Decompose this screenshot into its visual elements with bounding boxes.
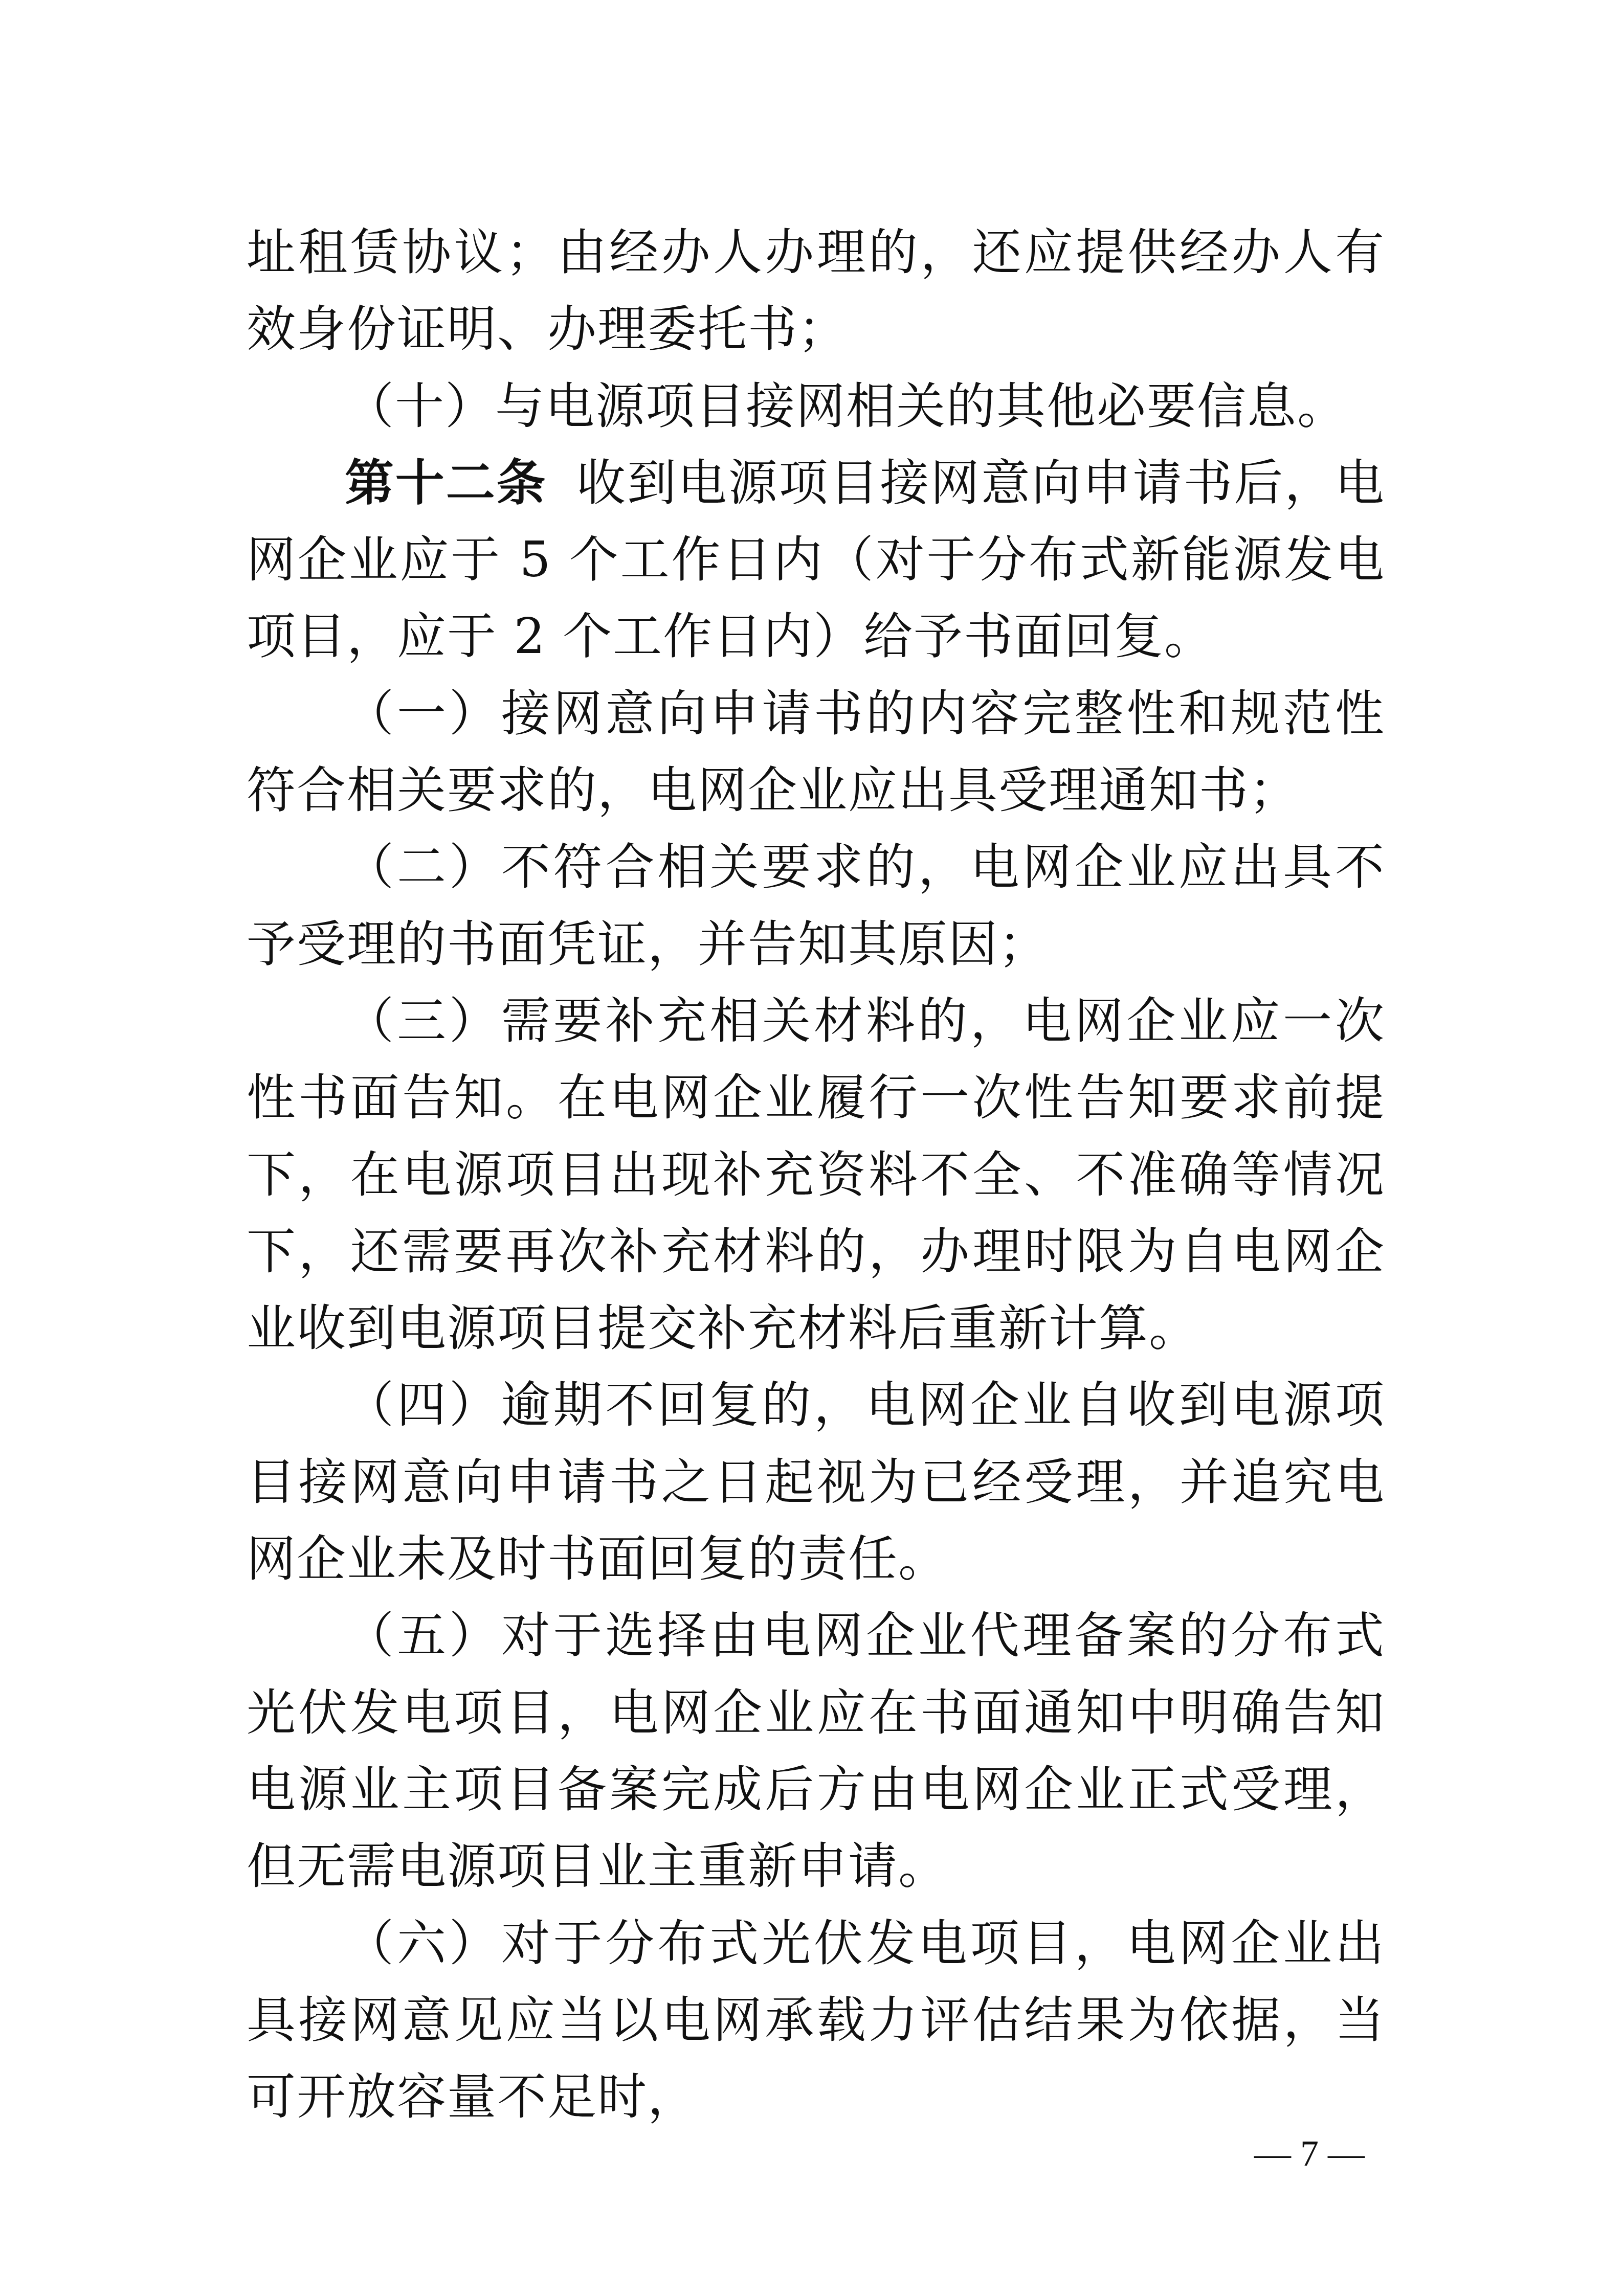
paragraph-item-6: （六）对于分布式光伏发电项目，电网企业出具接网意见应当以电网承载力评估结果为依据… [247, 1905, 1385, 2135]
page-number: — 7 — [1222, 2132, 1396, 2175]
paragraph-article-12: 第十二条收到电源项目接网意向申请书后，电网企业应于 5 个工作日内（对于分布式新… [247, 444, 1385, 675]
paragraph-item-10: （十）与电源项目接网相关的其他必要信息。 [247, 368, 1385, 444]
paragraph-continuation: 址租赁协议；由经办人办理的，还应提供经办人有效身份证明、办理委托书； [247, 214, 1385, 368]
paragraph-item-5: （五）对于选择由电网企业代理备案的分布式光伏发电项目，电网企业应在书面通知中明确… [247, 1597, 1385, 1904]
article-label: 第十二条 [345, 454, 547, 511]
paragraph-item-2: （二）不符合相关要求的，电网企业应出具不予受理的书面凭证，并告知其原因； [247, 828, 1385, 982]
document-page: 址租赁协议；由经办人办理的，还应提供经办人有效身份证明、办理委托书； （十）与电… [0, 0, 1624, 2296]
paragraph-item-3: （三）需要补充相关材料的，电网企业应一次性书面告知。在电网企业履行一次性告知要求… [247, 982, 1385, 1366]
document-body: 址租赁协议；由经办人办理的，还应提供经办人有效身份证明、办理委托书； （十）与电… [247, 214, 1385, 2135]
paragraph-item-1: （一）接网意向申请书的内容完整性和规范性符合相关要求的，电网企业应出具受理通知书… [247, 675, 1385, 829]
paragraph-item-4: （四）逾期不回复的，电网企业自收到电源项目接网意向申请书之日起视为已经受理，并追… [247, 1366, 1385, 1597]
